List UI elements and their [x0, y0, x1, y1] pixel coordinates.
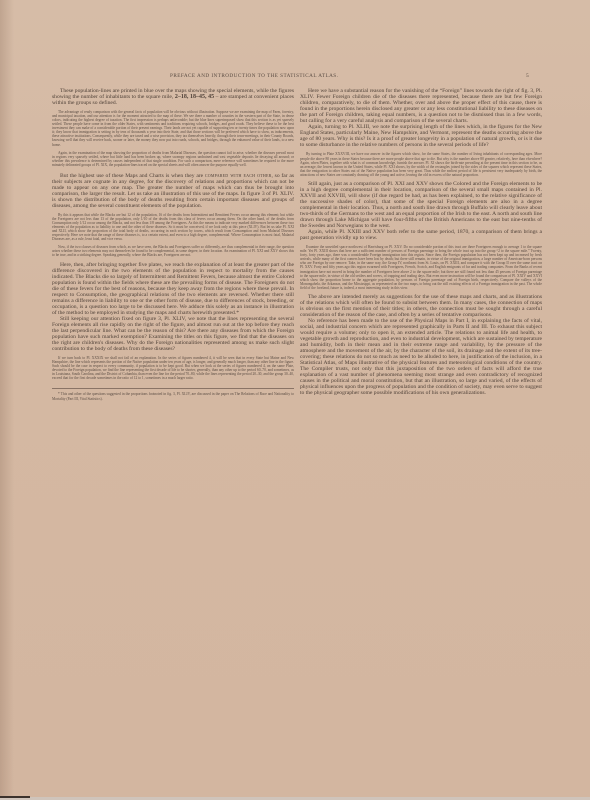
note-plate-xxxix: If we turn back to Pl. XXXIX we shall no…: [52, 356, 294, 380]
right-column: Here we have a substantial reason for th…: [300, 88, 542, 397]
page-spine-shadow: [0, 0, 14, 800]
density-figures: 2–18, 18–45, 45: [175, 94, 214, 100]
page-number: 5: [526, 73, 529, 79]
paragraph-physical-maps: No reference has been made to the use of…: [300, 318, 542, 397]
note-malarial-example: Again, in the examination of the map sho…: [52, 151, 294, 167]
running-title: PREFACE AND INTRODUCTION TO THE STATISTI…: [170, 73, 402, 79]
note-taxation-example: The advantage of ready comparison with t…: [52, 110, 294, 146]
paragraph-figure-3: Still keeping our attention fixed on fig…: [52, 316, 294, 352]
note-blacks-foreigners-deaths: By this it appears that while the Blacks…: [52, 213, 294, 241]
paragraph-past-generation: Again, while Pl. XXIII and XXV both refe…: [300, 229, 542, 241]
paragraph-five-plates: Here, then, after bringing together five…: [52, 262, 294, 316]
paragraph-population-lines: These population-lines are printed in bl…: [52, 88, 294, 106]
note-plate-xxxviii: By turning to Plate XXXVIII, we have our…: [300, 152, 542, 176]
left-column: These population-lines are printed in bl…: [52, 88, 294, 401]
scanned-page: PREFACE AND INTRODUCTION TO THE STATISTI…: [0, 0, 590, 800]
note-complemental-range: Now, if the two classes of diseases from…: [52, 245, 294, 257]
paragraph-compared-with-each-other: But the highest use of these Maps and Ch…: [52, 173, 294, 209]
footnote-divider: [52, 388, 294, 389]
paragraph-suggestions: The above are intended merely as suggest…: [300, 294, 542, 318]
paragraph-complemental-location: Still again, just as a comparison of Pl.…: [300, 181, 542, 229]
paragraph-new-england-longevity: Again, turning to Pl. XLIII, we note the…: [300, 124, 542, 148]
note-harrisburg: Examine the unsettled space northwest of…: [300, 245, 542, 290]
paragraph-text: , so far as their subjects are cognate i…: [52, 173, 294, 209]
paragraph-foreign-lines: Here we have a substantial reason for th…: [300, 88, 542, 124]
page-corner-shadow: [0, 796, 30, 798]
footnote: * This and other of the questions sugges…: [52, 392, 294, 400]
